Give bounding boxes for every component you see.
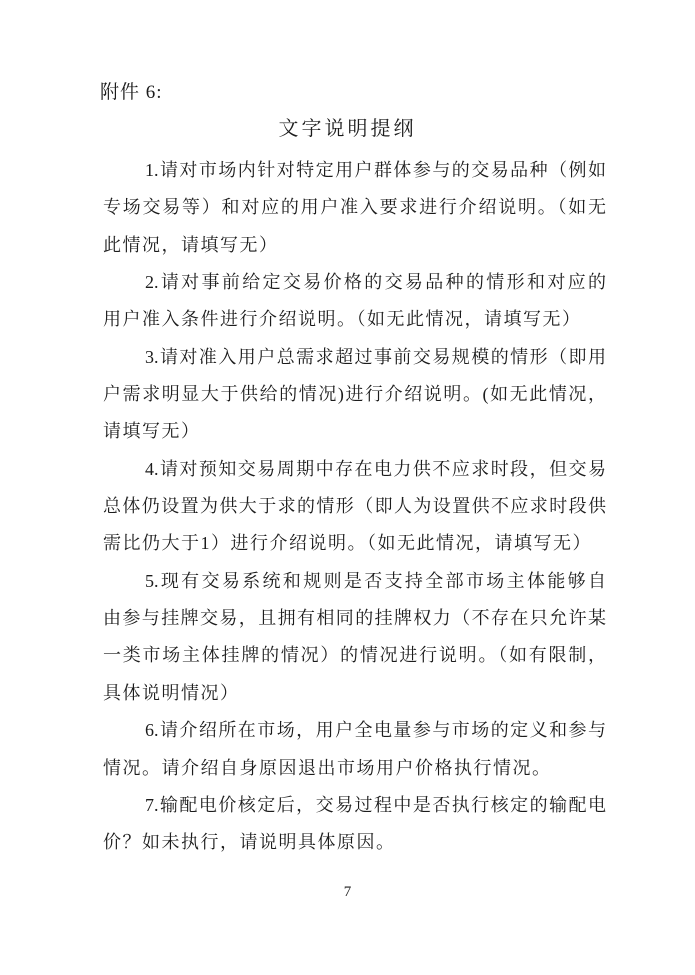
page-number: 7 [0, 882, 695, 902]
paragraph-line: 此情况，请填写无） [103, 227, 606, 264]
paragraph-line: 户需求明显大于供给的情况)进行介绍说明。(如无此情况， [103, 376, 606, 413]
paragraph-line: 总体仍设置为供大于求的情形（即人为设置供不应求时段供 [103, 488, 606, 525]
paragraph: 5.现有交易系统和规则是否支持全部市场主体能够自由参与挂牌交易，且拥有相同的挂牌… [103, 563, 606, 712]
document-body: 1.请对市场内针对特定用户群体参与的交易品种（例如专场交易等）和对应的用户准入要… [103, 152, 606, 862]
paragraph-line: 具体说明情况） [103, 675, 606, 712]
paragraph-line: 7.输配电价核定后，交易过程中是否执行核定的输配电 [103, 787, 606, 824]
paragraph-line: 一类市场主体挂牌的情况）的情况进行说明。（如有限制， [103, 637, 606, 674]
paragraph-line: 5.现有交易系统和规则是否支持全部市场主体能够自 [103, 563, 606, 600]
paragraph: 6.请介绍所在市场，用户全电量参与市场的定义和参与情况。请介绍自身原因退出市场用… [103, 712, 606, 787]
paragraph: 7.输配电价核定后，交易过程中是否执行核定的输配电价？如未执行，请说明具体原因。 [103, 787, 606, 862]
paragraph-line: 6.请介绍所在市场，用户全电量参与市场的定义和参与 [103, 712, 606, 749]
paragraph: 2.请对事前给定交易价格的交易品种的情形和对应的用户准入条件进行介绍说明。（如无… [103, 264, 606, 339]
paragraph-line: 3.请对准入用户总需求超过事前交易规模的情形（即用 [103, 339, 606, 376]
paragraph-line: 价？如未执行，请说明具体原因。 [103, 824, 606, 861]
paragraph-line: 需比仍大于1）进行介绍说明。（如无此情况，请填写无） [103, 525, 606, 562]
paragraph-line: 4.请对预知交易周期中存在电力供不应求时段，但交易 [103, 451, 606, 488]
paragraph-line: 专场交易等）和对应的用户准入要求进行介绍说明。（如无 [103, 189, 606, 226]
page-title: 文字说明提纲 [0, 114, 695, 144]
paragraph-line: 2.请对事前给定交易价格的交易品种的情形和对应的 [103, 264, 606, 301]
paragraph-line: 1.请对市场内针对特定用户群体参与的交易品种（例如 [103, 152, 606, 189]
paragraph-line: 请填写无） [103, 413, 606, 450]
attachment-label: 附件 6: [100, 81, 163, 105]
paragraph-line: 由参与挂牌交易，且拥有相同的挂牌权力（不存在只允许某 [103, 600, 606, 637]
document-page: 附件 6: 文字说明提纲 1.请对市场内针对特定用户群体参与的交易品种（例如专场… [0, 0, 695, 975]
paragraph: 4.请对预知交易周期中存在电力供不应求时段，但交易总体仍设置为供大于求的情形（即… [103, 451, 606, 563]
paragraph-line: 情况。请介绍自身原因退出市场用户价格执行情况。 [103, 750, 606, 787]
paragraph-line: 用户准入条件进行介绍说明。（如无此情况，请填写无） [103, 301, 606, 338]
paragraph: 3.请对准入用户总需求超过事前交易规模的情形（即用户需求明显大于供给的情况)进行… [103, 339, 606, 451]
paragraph: 1.请对市场内针对特定用户群体参与的交易品种（例如专场交易等）和对应的用户准入要… [103, 152, 606, 264]
